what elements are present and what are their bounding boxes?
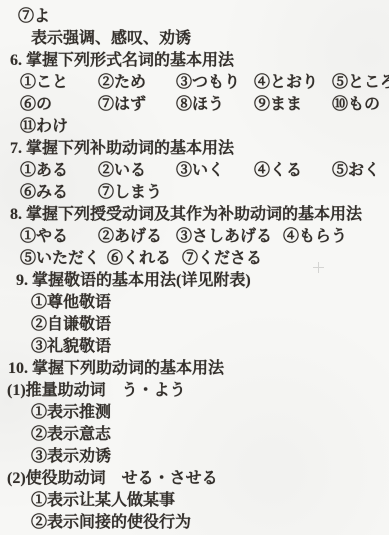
list-item: ⑩もの (332, 94, 380, 116)
list-item: ⑥くれる (107, 248, 182, 270)
section-6-heading: 6. 掌握下列形式名词的基本用法 (0, 50, 389, 72)
list-item: ⑤おく (332, 160, 380, 182)
list-item: ⑥みる (20, 182, 98, 204)
list-item: ③表示劝诱 (31, 448, 111, 465)
list-item: ②表示间接的使役行为 (31, 514, 191, 531)
section-10-sub-2-item-2: ②表示间接的使役行为 (0, 512, 389, 534)
section-10-sub-2-heading-text: (2)使役助动词 せる・させる (7, 470, 218, 487)
section-10-sub-1-item-1: ①表示推测 (0, 402, 389, 424)
section-6-heading-text: 6. 掌握下列形式名词的基本用法 (10, 52, 234, 69)
section-10-heading-text: 10. 掌握下列助动词的基本用法 (8, 360, 224, 377)
section-6-row-1: ①こと②ため③つもり④とおり⑤ところ (0, 72, 389, 94)
section-8-heading: 8. 掌握下列授受动词及其作为补助动词的基本用法 (0, 204, 389, 226)
list-item: ②ため (98, 72, 176, 94)
intro-item-7: ⑦よ (0, 6, 389, 28)
list-item: ④もらう (283, 226, 347, 248)
list-item: ⑧ほう (176, 94, 254, 116)
section-10-sub-2-item-1: ①表示让某人做某事 (0, 490, 389, 512)
list-item: ⑥の (20, 94, 98, 116)
intro-item-7-description: 表示强调、感叹、劝诱 (0, 28, 389, 50)
list-item: ⑦しまう (98, 182, 162, 204)
section-10-sub-1-heading-text: (1)推量助动词 う・よう (7, 382, 186, 399)
list-item: ②いる (98, 160, 176, 182)
list-item: ③さしあげる (176, 226, 283, 248)
list-item: ①こと (20, 72, 98, 94)
list-item: ③いく (176, 160, 254, 182)
list-item: ⑤ところ (332, 72, 389, 94)
section-7-row-1: ①ある②いる③いく④くる⑤おく (0, 160, 389, 182)
list-item: ⑦はず (98, 94, 176, 116)
section-7-row-2: ⑥みる⑦しまう (0, 182, 389, 204)
list-item: ①やる (20, 226, 98, 248)
section-8-row-2: ⑤いただく⑥くれる⑦くださる (0, 248, 389, 270)
list-item: ①尊他敬语 (31, 294, 111, 311)
list-item: ②あげる (98, 226, 176, 248)
section-10-heading: 10. 掌握下列助动词的基本用法 (0, 358, 389, 380)
section-6-row-2: ⑥の⑦はず⑧ほう⑨まま⑩もの (0, 94, 389, 116)
section-10-sub-1-item-2: ②表示意志 (0, 424, 389, 446)
section-9-item-2: ②自谦敬语 (0, 314, 389, 336)
section-10-sub-2-heading: (2)使役助动词 せる・させる (0, 468, 389, 490)
list-item: ⑦くださる (182, 248, 262, 270)
section-7-heading-text: 7. 掌握下列补助动词的基本用法 (10, 140, 234, 157)
section-8-row-1: ①やる②あげる③さしあげる④もらう (0, 226, 389, 248)
scan-artifact-plus-mark (313, 262, 324, 273)
list-item: ④くる (254, 160, 332, 182)
list-item: ③つもり (176, 72, 254, 94)
list-item: ⑪わけ (20, 116, 68, 138)
section-7-heading: 7. 掌握下列补助动词的基本用法 (0, 138, 389, 160)
intro-item-7-description-text: 表示强调、感叹、劝诱 (31, 30, 191, 47)
section-10-sub-1-item-3: ③表示劝诱 (0, 446, 389, 468)
section-9-item-3: ③礼貌敬语 (0, 336, 389, 358)
section-10-sub-1-heading: (1)推量助动词 う・よう (0, 380, 389, 402)
list-item: ②自谦敬语 (31, 316, 111, 333)
intro-item-7-label: ⑦よ (18, 8, 50, 25)
list-item: ⑨まま (254, 94, 332, 116)
list-item: ①表示让某人做某事 (31, 492, 175, 509)
list-item: ①ある (20, 160, 98, 182)
section-9-heading-text: 9. 掌握敬语的基本用法(详见附表) (16, 272, 251, 289)
list-item: ④とおり (254, 72, 332, 94)
section-6-row-3: ⑪わけ (0, 116, 389, 138)
section-9-heading: 9. 掌握敬语的基本用法(详见附表) (0, 270, 389, 292)
section-8-heading-text: 8. 掌握下列授受动词及其作为补助动词的基本用法 (10, 206, 362, 223)
list-item: ⑤いただく (20, 248, 107, 270)
list-item: ②表示意志 (31, 426, 111, 443)
section-9-item-1: ①尊他敬语 (0, 292, 389, 314)
scanned-textbook-page: ⑦よ 表示强调、感叹、劝诱 6. 掌握下列形式名词的基本用法 ①こと②ため③つも… (0, 0, 389, 535)
list-item: ③礼貌敬语 (31, 338, 111, 355)
list-item: ①表示推测 (31, 404, 111, 421)
